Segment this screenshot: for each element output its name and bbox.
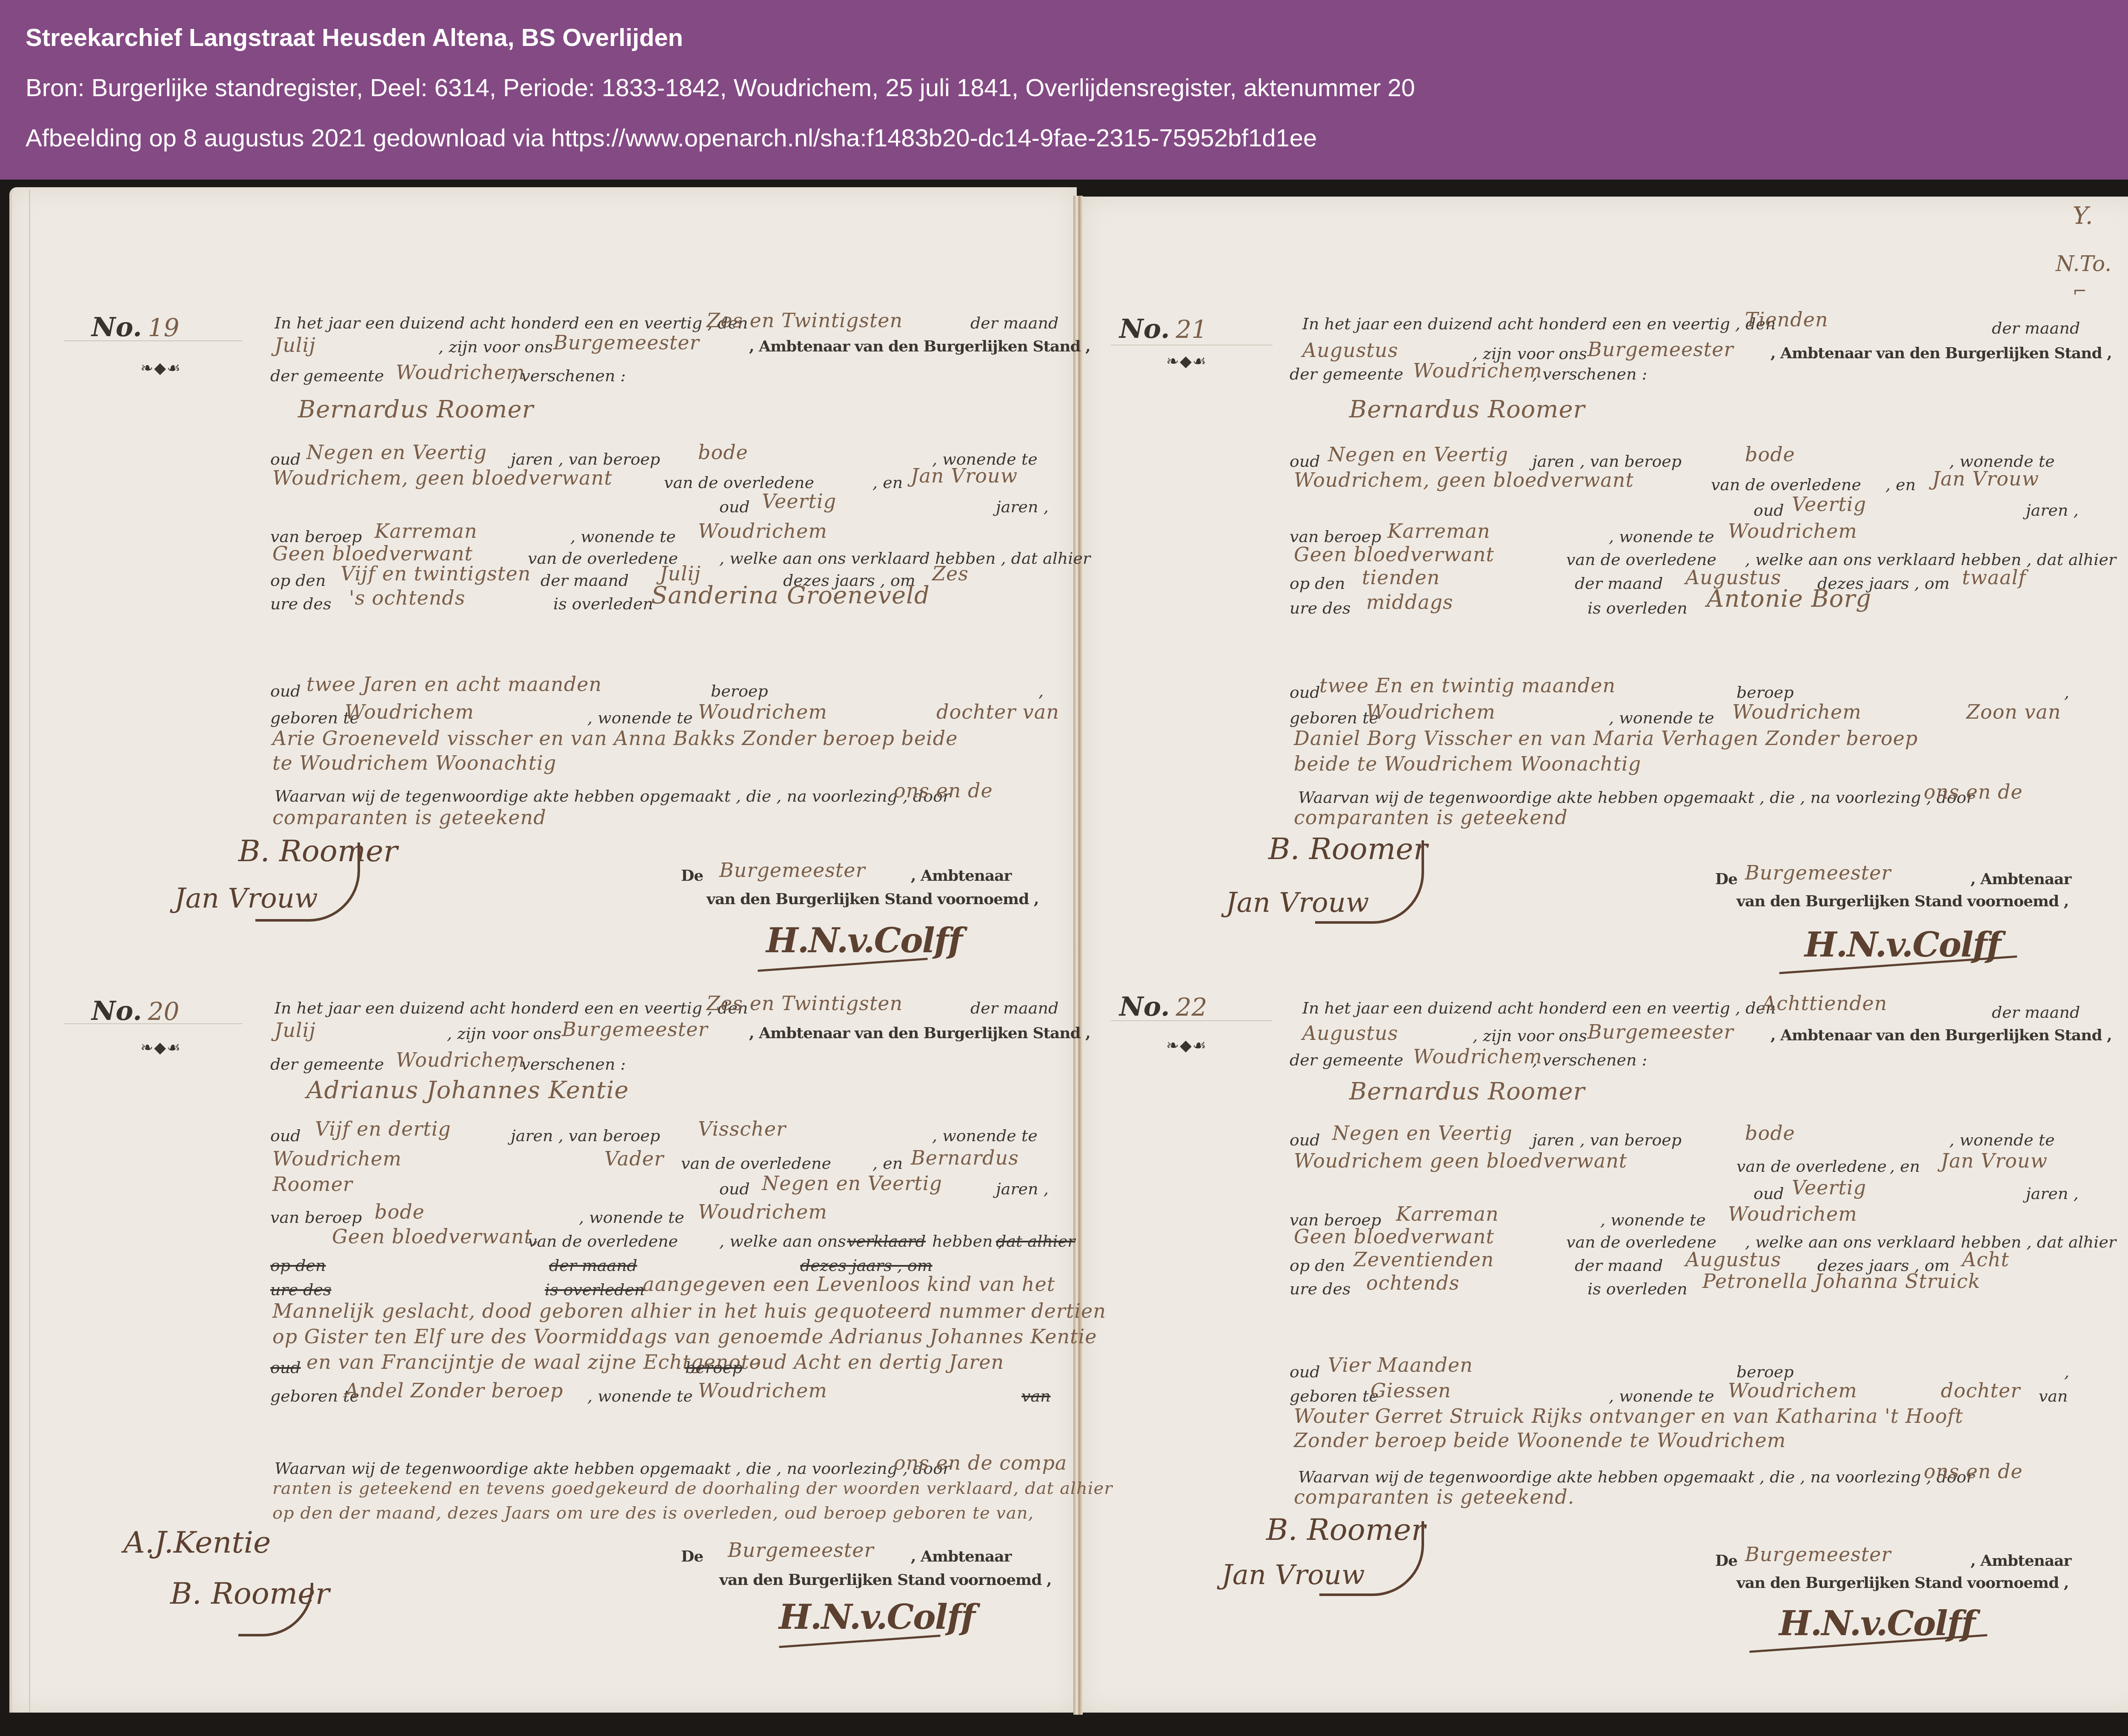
ornament-icon: ❧◆☙ bbox=[140, 361, 181, 376]
declarant1-field: Bernardus Roomer bbox=[298, 398, 534, 422]
printed-intro: In het jaar een duizend acht honderd een… bbox=[275, 315, 748, 331]
deceased-name: Sanderina Groeneveld bbox=[651, 584, 930, 608]
record-number: No.22 bbox=[1119, 994, 1207, 1020]
download-line: Afbeelding op 8 augustus 2021 gedownload… bbox=[26, 126, 1317, 151]
month-field: Julij bbox=[275, 335, 316, 355]
record-number: No.20 bbox=[92, 998, 179, 1024]
source-line: Bron: Burgerlijke standregister, Deel: 6… bbox=[26, 76, 1415, 100]
day-field: Zes en Twintigsten bbox=[706, 311, 903, 330]
official-field: Burgemeester bbox=[553, 333, 699, 352]
ornament-icon: ❧◆☙ bbox=[1166, 1038, 1207, 1054]
record-number: No.21 bbox=[1119, 316, 1207, 342]
municipality-field: Woudrichem bbox=[396, 363, 525, 382]
signature-official: H.N.v.Colff bbox=[1779, 1606, 1975, 1640]
archive-title: Streekarchief Langstraat Heusden Altena,… bbox=[26, 26, 683, 50]
signature-declarant1: A.J.Kentie bbox=[123, 1528, 271, 1557]
ornament-icon: ❧◆☙ bbox=[1166, 354, 1207, 369]
record-number: No.19 bbox=[92, 314, 179, 340]
signature-official: H.N.v.Colff bbox=[1805, 928, 2000, 962]
archive-header: Streekarchief Langstraat Heusden Altena,… bbox=[0, 0, 2128, 180]
ornament-icon: ❧◆☙ bbox=[140, 1040, 181, 1056]
signature-official: H.N.v.Colff bbox=[779, 1600, 975, 1634]
signature-official: H.N.v.Colff bbox=[766, 923, 962, 957]
